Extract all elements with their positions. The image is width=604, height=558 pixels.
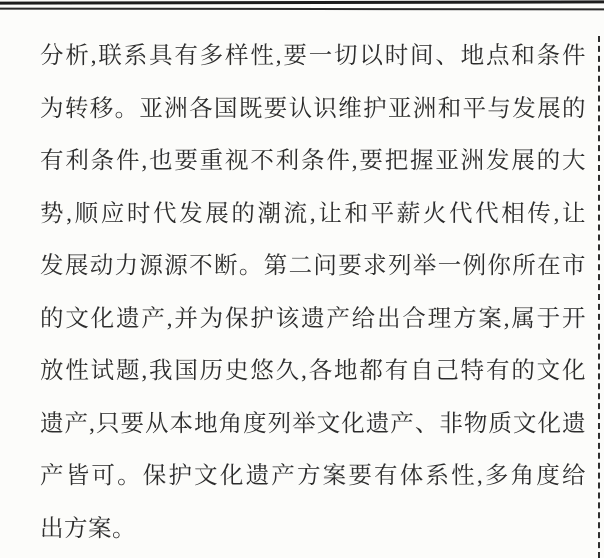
document-page: 分析,联系具有多样性,要一切以时间、地点和条件为转移。亚洲各国既要认识维护亚洲和… <box>0 0 604 558</box>
text-line: 有利条件,也要重视不利条件,要把握亚洲发展的大 <box>40 135 586 188</box>
text-line: 势,顺应时代发展的潮流,让和平薪火代代相传,让 <box>40 188 586 241</box>
top-rule-upper <box>0 0 604 4</box>
text-line: 分析,联系具有多样性,要一切以时间、地点和条件 <box>40 30 586 83</box>
column-divider-dashed <box>598 36 600 558</box>
text-line: 遗产,只要从本地角度列举文化遗产、非物质文化遗 <box>40 398 586 451</box>
text-line: 出方案。 <box>40 503 586 556</box>
paragraph: 分析,联系具有多样性,要一切以时间、地点和条件为转移。亚洲各国既要认识维护亚洲和… <box>40 30 586 555</box>
text-line: 发展动力源源不断。第二问要求列举一例你所在市 <box>40 240 586 293</box>
text-line: 放性试题,我国历史悠久,各地都有自己特有的文化 <box>40 345 586 398</box>
top-rule-lower <box>0 8 604 11</box>
text-line: 的文化遗产,并为保护该遗产给出合理方案,属于开 <box>40 293 586 346</box>
text-line: 产皆可。保护文化遗产方案要有体系性,多角度给 <box>40 450 586 503</box>
text-line: 为转移。亚洲各国既要认识维护亚洲和平与发展的 <box>40 83 586 136</box>
